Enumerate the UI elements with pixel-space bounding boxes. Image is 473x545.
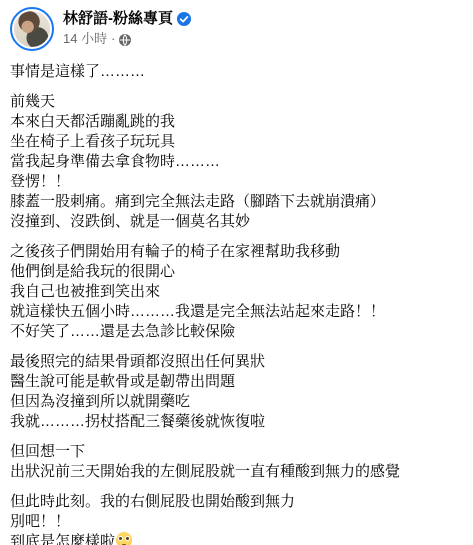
- meta-row: 14 小時 ·: [63, 31, 191, 47]
- post-paragraph: 但回想一下出狀況前三天開始我的左側屁股就一直有種酸到無力的感覺: [10, 442, 461, 482]
- page-name[interactable]: 林舒語-粉絲專頁: [63, 9, 173, 28]
- verified-badge-icon: [177, 12, 191, 26]
- timestamp[interactable]: 14 小時: [63, 31, 107, 47]
- post-paragraph: 事情是這樣了………: [10, 62, 461, 82]
- facebook-post: 林舒語-粉絲專頁 14 小時 · 事情是: [0, 0, 473, 545]
- meta-separator: ·: [111, 31, 115, 47]
- post-paragraph: 前幾天本來白天都活蹦亂跳的我坐在椅子上看孩子玩玩具當我起身準備去拿食物時………登…: [10, 92, 461, 232]
- flushed-face-emoji: [116, 532, 132, 545]
- post-body: 事情是這樣了………前幾天本來白天都活蹦亂跳的我坐在椅子上看孩子玩玩具當我起身準備…: [0, 51, 473, 545]
- post-paragraph: 之後孩子們開始用有輪子的椅子在家裡幫助我移動他們倒是給我玩的很開心我自己也被推到…: [10, 242, 461, 342]
- profile-photo: [14, 11, 50, 47]
- post-paragraph: 但此時此刻。我的右側屁股也開始酸到無力別吧！！到底是怎麼樣啦: [10, 492, 461, 545]
- post-paragraph: 最後照完的結果骨頭都沒照出任何異狀醫生說可能是軟骨或是韌帶出問題但因為沒撞到所以…: [10, 352, 461, 432]
- header-text: 林舒語-粉絲專頁 14 小時 ·: [63, 7, 191, 47]
- name-row: 林舒語-粉絲專頁: [63, 9, 191, 28]
- post-header: 林舒語-粉絲專頁 14 小時 ·: [0, 0, 473, 51]
- globe-icon: [119, 34, 131, 46]
- avatar[interactable]: [10, 7, 54, 51]
